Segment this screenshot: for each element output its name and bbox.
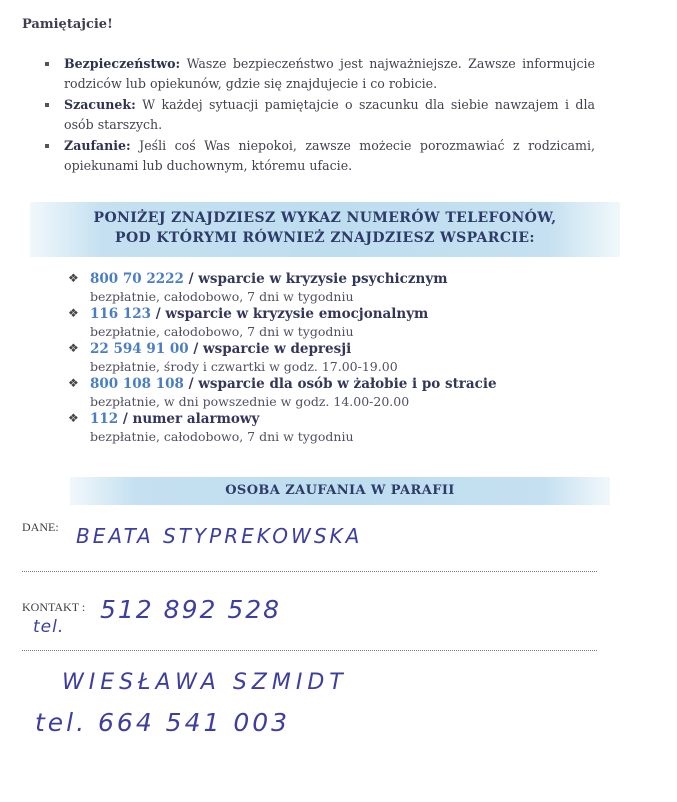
phone-description: / wsparcie dla osób w żałobie i po strac… bbox=[184, 376, 497, 392]
diamond-bullet-icon: ❖ bbox=[68, 376, 79, 390]
rule-text: Jeśli coś Was niepokoi, zawsze możecie p… bbox=[64, 138, 595, 173]
phone-number[interactable]: 800 108 108 bbox=[90, 376, 184, 392]
trust-person-banner: OSOBA ZAUFANIA W PARAFII bbox=[70, 477, 610, 505]
phone-description: / wsparcie w kryzysie psychicznym bbox=[184, 271, 448, 287]
phone-hours: bezpłatnie, całodobowo, 7 dni w tygodniu bbox=[90, 428, 548, 445]
phone-item: ❖ 22 594 91 00 / wsparcie w depresji bez… bbox=[68, 340, 548, 375]
phone-item: ❖ 800 70 2222 / wsparcie w kryzysie psyc… bbox=[68, 270, 548, 305]
phone-number[interactable]: 22 594 91 00 bbox=[90, 341, 189, 357]
square-bullet-icon bbox=[45, 103, 49, 107]
dotted-line bbox=[22, 650, 597, 651]
kontakt-prefix: tel. bbox=[33, 617, 64, 637]
phone-item: ❖ 112 / numer alarmowy bezpłatnie, całod… bbox=[68, 410, 548, 445]
rule-item: Bezpieczeństwo: Wasze bezpieczeństwo jes… bbox=[40, 54, 595, 94]
rule-key: Szacunek: bbox=[64, 97, 136, 112]
dane-label: DANE: bbox=[22, 520, 59, 535]
rules-list: Bezpieczeństwo: Wasze bezpieczeństwo jes… bbox=[40, 54, 595, 176]
square-bullet-icon bbox=[45, 62, 49, 66]
dotted-line bbox=[22, 571, 597, 572]
phone-number[interactable]: 116 123 bbox=[90, 306, 151, 322]
phones-banner-line2: POD KTÓRYMI RÓWNIEŻ ZNAJDZIESZ WSPARCIE: bbox=[30, 228, 620, 248]
diamond-bullet-icon: ❖ bbox=[68, 341, 79, 355]
phone-description: / wsparcie w kryzysie emocjonalnym bbox=[151, 306, 428, 322]
phone-item: ❖ 800 108 108 / wsparcie dla osób w żało… bbox=[68, 375, 548, 410]
phone-hours: bezpłatnie, w dni powszednie w godz. 14.… bbox=[90, 393, 548, 410]
diamond-bullet-icon: ❖ bbox=[68, 306, 79, 320]
rule-item: Szacunek: W każdej sytuacji pamiętajcie … bbox=[40, 95, 595, 135]
rule-key: Zaufanie: bbox=[64, 138, 131, 153]
diamond-bullet-icon: ❖ bbox=[68, 411, 79, 425]
kontakt-value[interactable]: 512 892 528 bbox=[100, 595, 281, 624]
phone-hours: bezpłatnie, środy i czwartki w godz. 17.… bbox=[90, 358, 548, 375]
extra-phone[interactable]: tel. 664 541 003 bbox=[35, 708, 290, 737]
phone-hours: bezpłatnie, całodobowo, 7 dni w tygodniu bbox=[90, 288, 548, 305]
phones-banner: PONIŻEJ ZNAJDZIESZ WYKAZ NUMERÓW TELEFON… bbox=[30, 202, 620, 257]
rule-text: W każdej sytuacji pamiętajcie o szacunku… bbox=[64, 97, 595, 132]
dane-value[interactable]: BEATA STYPREKOWSKA bbox=[76, 524, 362, 548]
rule-item: Zaufanie: Jeśli coś Was niepokoi, zawsze… bbox=[40, 136, 595, 176]
phone-list: ❖ 800 70 2222 / wsparcie w kryzysie psyc… bbox=[68, 270, 548, 445]
phone-number[interactable]: 112 bbox=[90, 411, 118, 427]
phone-description: / wsparcie w depresji bbox=[189, 341, 352, 357]
extra-name[interactable]: WIESŁAWA SZMIDT bbox=[62, 670, 348, 695]
phone-hours: bezpłatnie, całodobowo, 7 dni w tygodniu bbox=[90, 323, 548, 340]
square-bullet-icon bbox=[45, 144, 49, 148]
phone-number[interactable]: 800 70 2222 bbox=[90, 271, 184, 287]
diamond-bullet-icon: ❖ bbox=[68, 271, 79, 285]
phones-banner-line1: PONIŻEJ ZNAJDZIESZ WYKAZ NUMERÓW TELEFON… bbox=[30, 208, 620, 228]
rule-key: Bezpieczeństwo: bbox=[64, 56, 180, 71]
page-heading: Pamiętajcie! bbox=[22, 17, 113, 32]
kontakt-label: KONTAKT : bbox=[22, 600, 85, 615]
phone-description: / numer alarmowy bbox=[118, 411, 259, 427]
phone-item: ❖ 116 123 / wsparcie w kryzysie emocjona… bbox=[68, 305, 548, 340]
